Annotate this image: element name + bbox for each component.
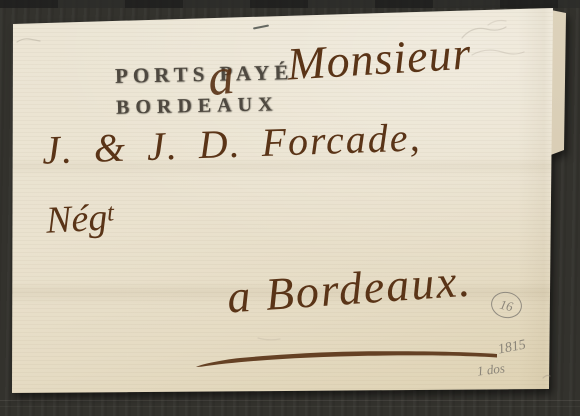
postmark-ports-paye: PORTS PAYÉ [115, 62, 294, 87]
handwritten-profession: Négt [45, 198, 115, 240]
profession-superscript: t [106, 199, 114, 226]
profession-base: Nég [45, 197, 108, 242]
handwritten-a-prefix: a [205, 51, 236, 105]
circled-number-text: 16 [499, 297, 514, 312]
handwritten-salutation: Monsieur [286, 30, 473, 87]
postmark-bordeaux: BORDEAUX [116, 94, 279, 117]
photograph-of-letter: PORTS PAYÉ BORDEAUX a Monsieur J. & J. D… [0, 0, 580, 416]
pencil-note-annotation: 1 dos [476, 361, 505, 377]
